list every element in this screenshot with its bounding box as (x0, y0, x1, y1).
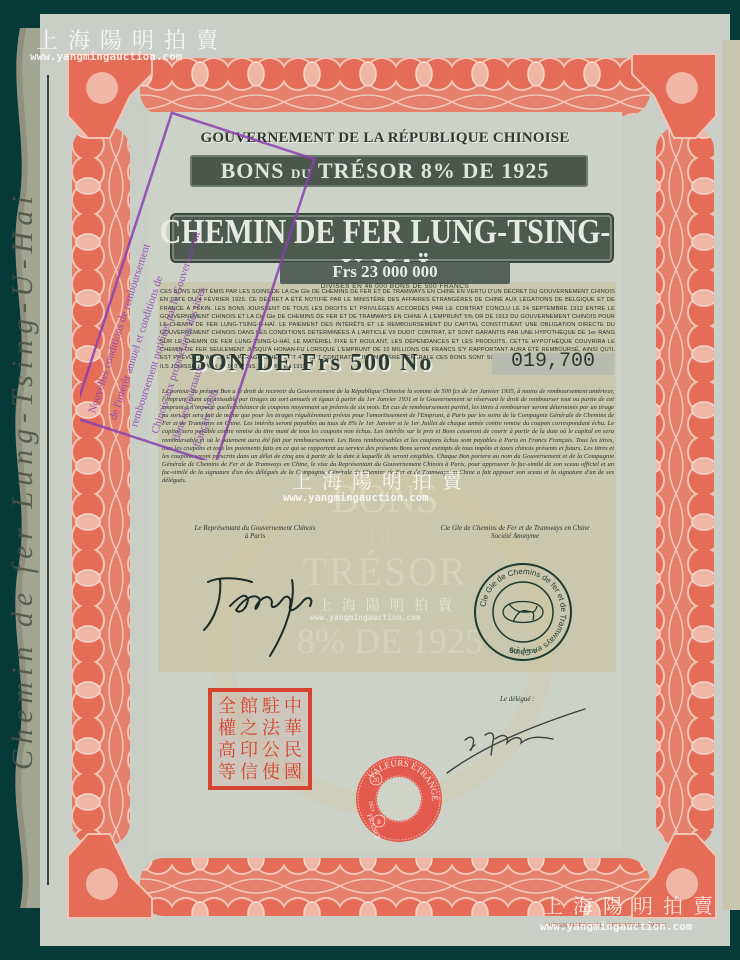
treasury-main: TRÉSOR 8% DE 1925 (318, 158, 550, 183)
seal-character: 全 (216, 696, 238, 718)
perforation-line (47, 75, 49, 885)
delegate-label: Le délégué : (500, 695, 535, 703)
left-signatory-line1: Le Représentant du Gouvernement Chinois (180, 524, 330, 532)
seal-character: 等 (216, 762, 238, 784)
right-signatory-line2: Société Anonyme (430, 532, 600, 540)
watermark-url-bottom: www.yangmingauction.com (540, 920, 692, 933)
seal-characters: 全館駐中權之法華高印公民等信使國 (216, 696, 304, 782)
watermark-url-mid: www.yangmingauction.com (310, 613, 421, 622)
seal-character: 信 (238, 762, 260, 784)
watermark-url-top: www.yangmingauction.com (30, 50, 182, 63)
chinese-legation-seal: 全館駐中權之法華高印公民等信使國 (208, 688, 312, 790)
seal-character: 印 (238, 740, 260, 762)
seal-character: 法 (260, 718, 282, 740)
seal-character: 中 (282, 696, 304, 718)
seal-character: 公 (260, 740, 282, 762)
seal-character: 高 (216, 740, 238, 762)
delegate-signature (445, 705, 595, 775)
seal-character: 民 (282, 740, 304, 762)
seal-character: 館 (238, 696, 260, 718)
watermark-chinese-mid: 上海陽明拍賣 (318, 595, 462, 615)
seal-character: 使 (260, 762, 282, 784)
serial-number: 019,700 (492, 350, 614, 373)
paper-edge (722, 40, 740, 910)
company-seal-bottom-text: Sté Ame (509, 646, 537, 655)
seal-character: 華 (282, 718, 304, 740)
left-signatory-line2: à Paris (180, 532, 330, 540)
seal-character: 之 (238, 718, 260, 740)
right-signatory-label: Cie Gle de Chemins de Fer et de Tramways… (430, 524, 600, 540)
watermark-url-center: www.yangmingauction.com (283, 492, 428, 504)
seal-character: 國 (282, 762, 304, 784)
purple-overprint-stamp: Nouvelles conditions de remboursementde … (80, 110, 320, 460)
company-seal: Cie Gle de Chemins de fer et de Tramways… (473, 562, 573, 662)
seal-character: 權 (216, 718, 238, 740)
tax-stamp-value-top: 20 (373, 778, 380, 784)
watermark-chinese-bottom: 上海陽明拍賣 (543, 890, 723, 919)
number-label: No (400, 350, 433, 376)
tax-stamp: VALEURS ÉTRANGÈRES FRANCE 20 8 1927 (355, 755, 443, 843)
watermark-chinese-center: 上海陽明拍賣 (292, 465, 472, 494)
right-signatory-line1: Cie Gle de Chemins de Fer et de Tramways… (430, 524, 600, 532)
left-signatory-label: Le Représentant du Gouvernement Chinois … (180, 524, 330, 540)
seal-character: 駐 (260, 696, 282, 718)
